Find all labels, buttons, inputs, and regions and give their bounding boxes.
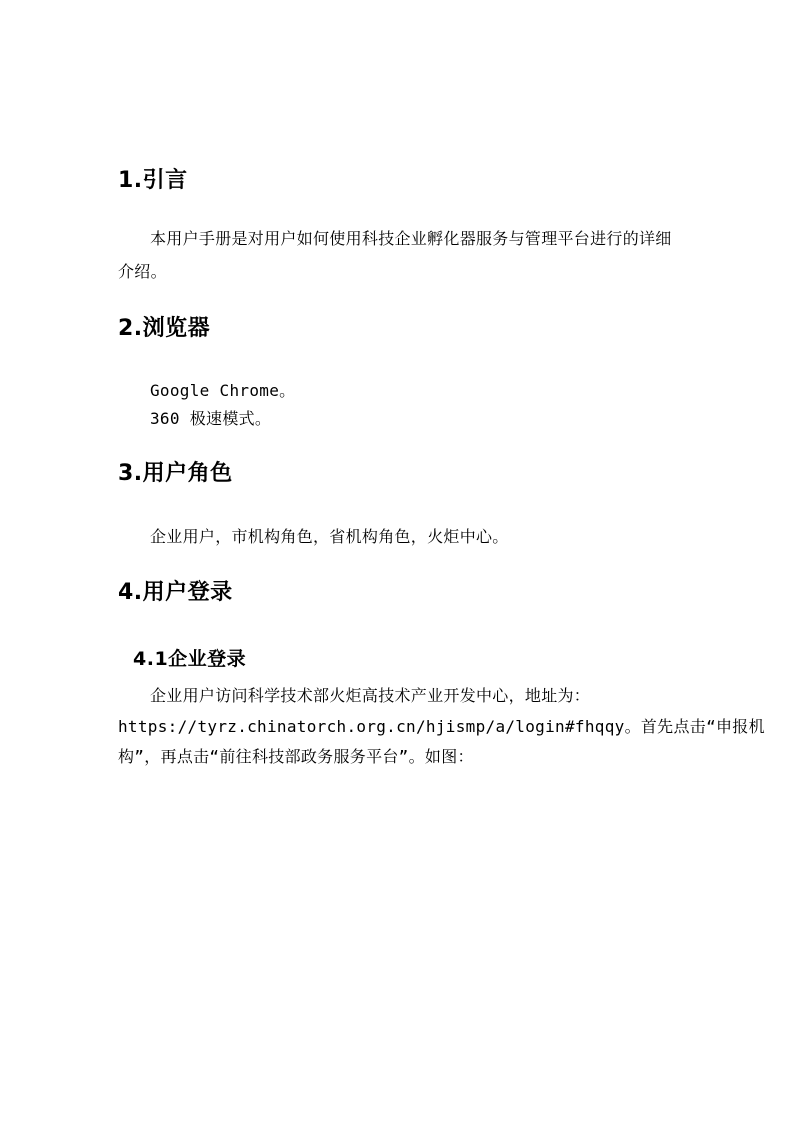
section-heading-introduction: 1.引言 xyxy=(118,166,188,195)
paragraph-line: 介绍。 xyxy=(118,255,167,288)
document-page: 1.引言 本用户手册是对用户如何使用科技企业孵化器服务与管理平台进行的详细 介绍… xyxy=(0,0,794,1123)
paragraph-line: 构”，再点击“前往科技部政务服务平台”。如图： xyxy=(118,740,474,773)
paragraph-line: 360 极速模式。 xyxy=(118,402,271,435)
subsection-heading-enterprise-login: 4.1企业登录 xyxy=(133,646,246,672)
url-text-line: https://tyrz.chinatorch.org.cn/hjismp/a/… xyxy=(118,710,765,743)
section-heading-user-roles: 3.用户角色 xyxy=(118,459,233,488)
paragraph-line: 企业用户，市机构角色，省机构角色，火炬中心。 xyxy=(118,520,509,553)
section-heading-user-login: 4.用户登录 xyxy=(118,578,233,607)
section-heading-browser: 2.浏览器 xyxy=(118,314,210,343)
paragraph-line: 企业用户访问科学技术部火炬高技术产业开发中心，地址为： xyxy=(118,679,590,712)
paragraph-line: 本用户手册是对用户如何使用科技企业孵化器服务与管理平台进行的详细 xyxy=(118,222,672,255)
